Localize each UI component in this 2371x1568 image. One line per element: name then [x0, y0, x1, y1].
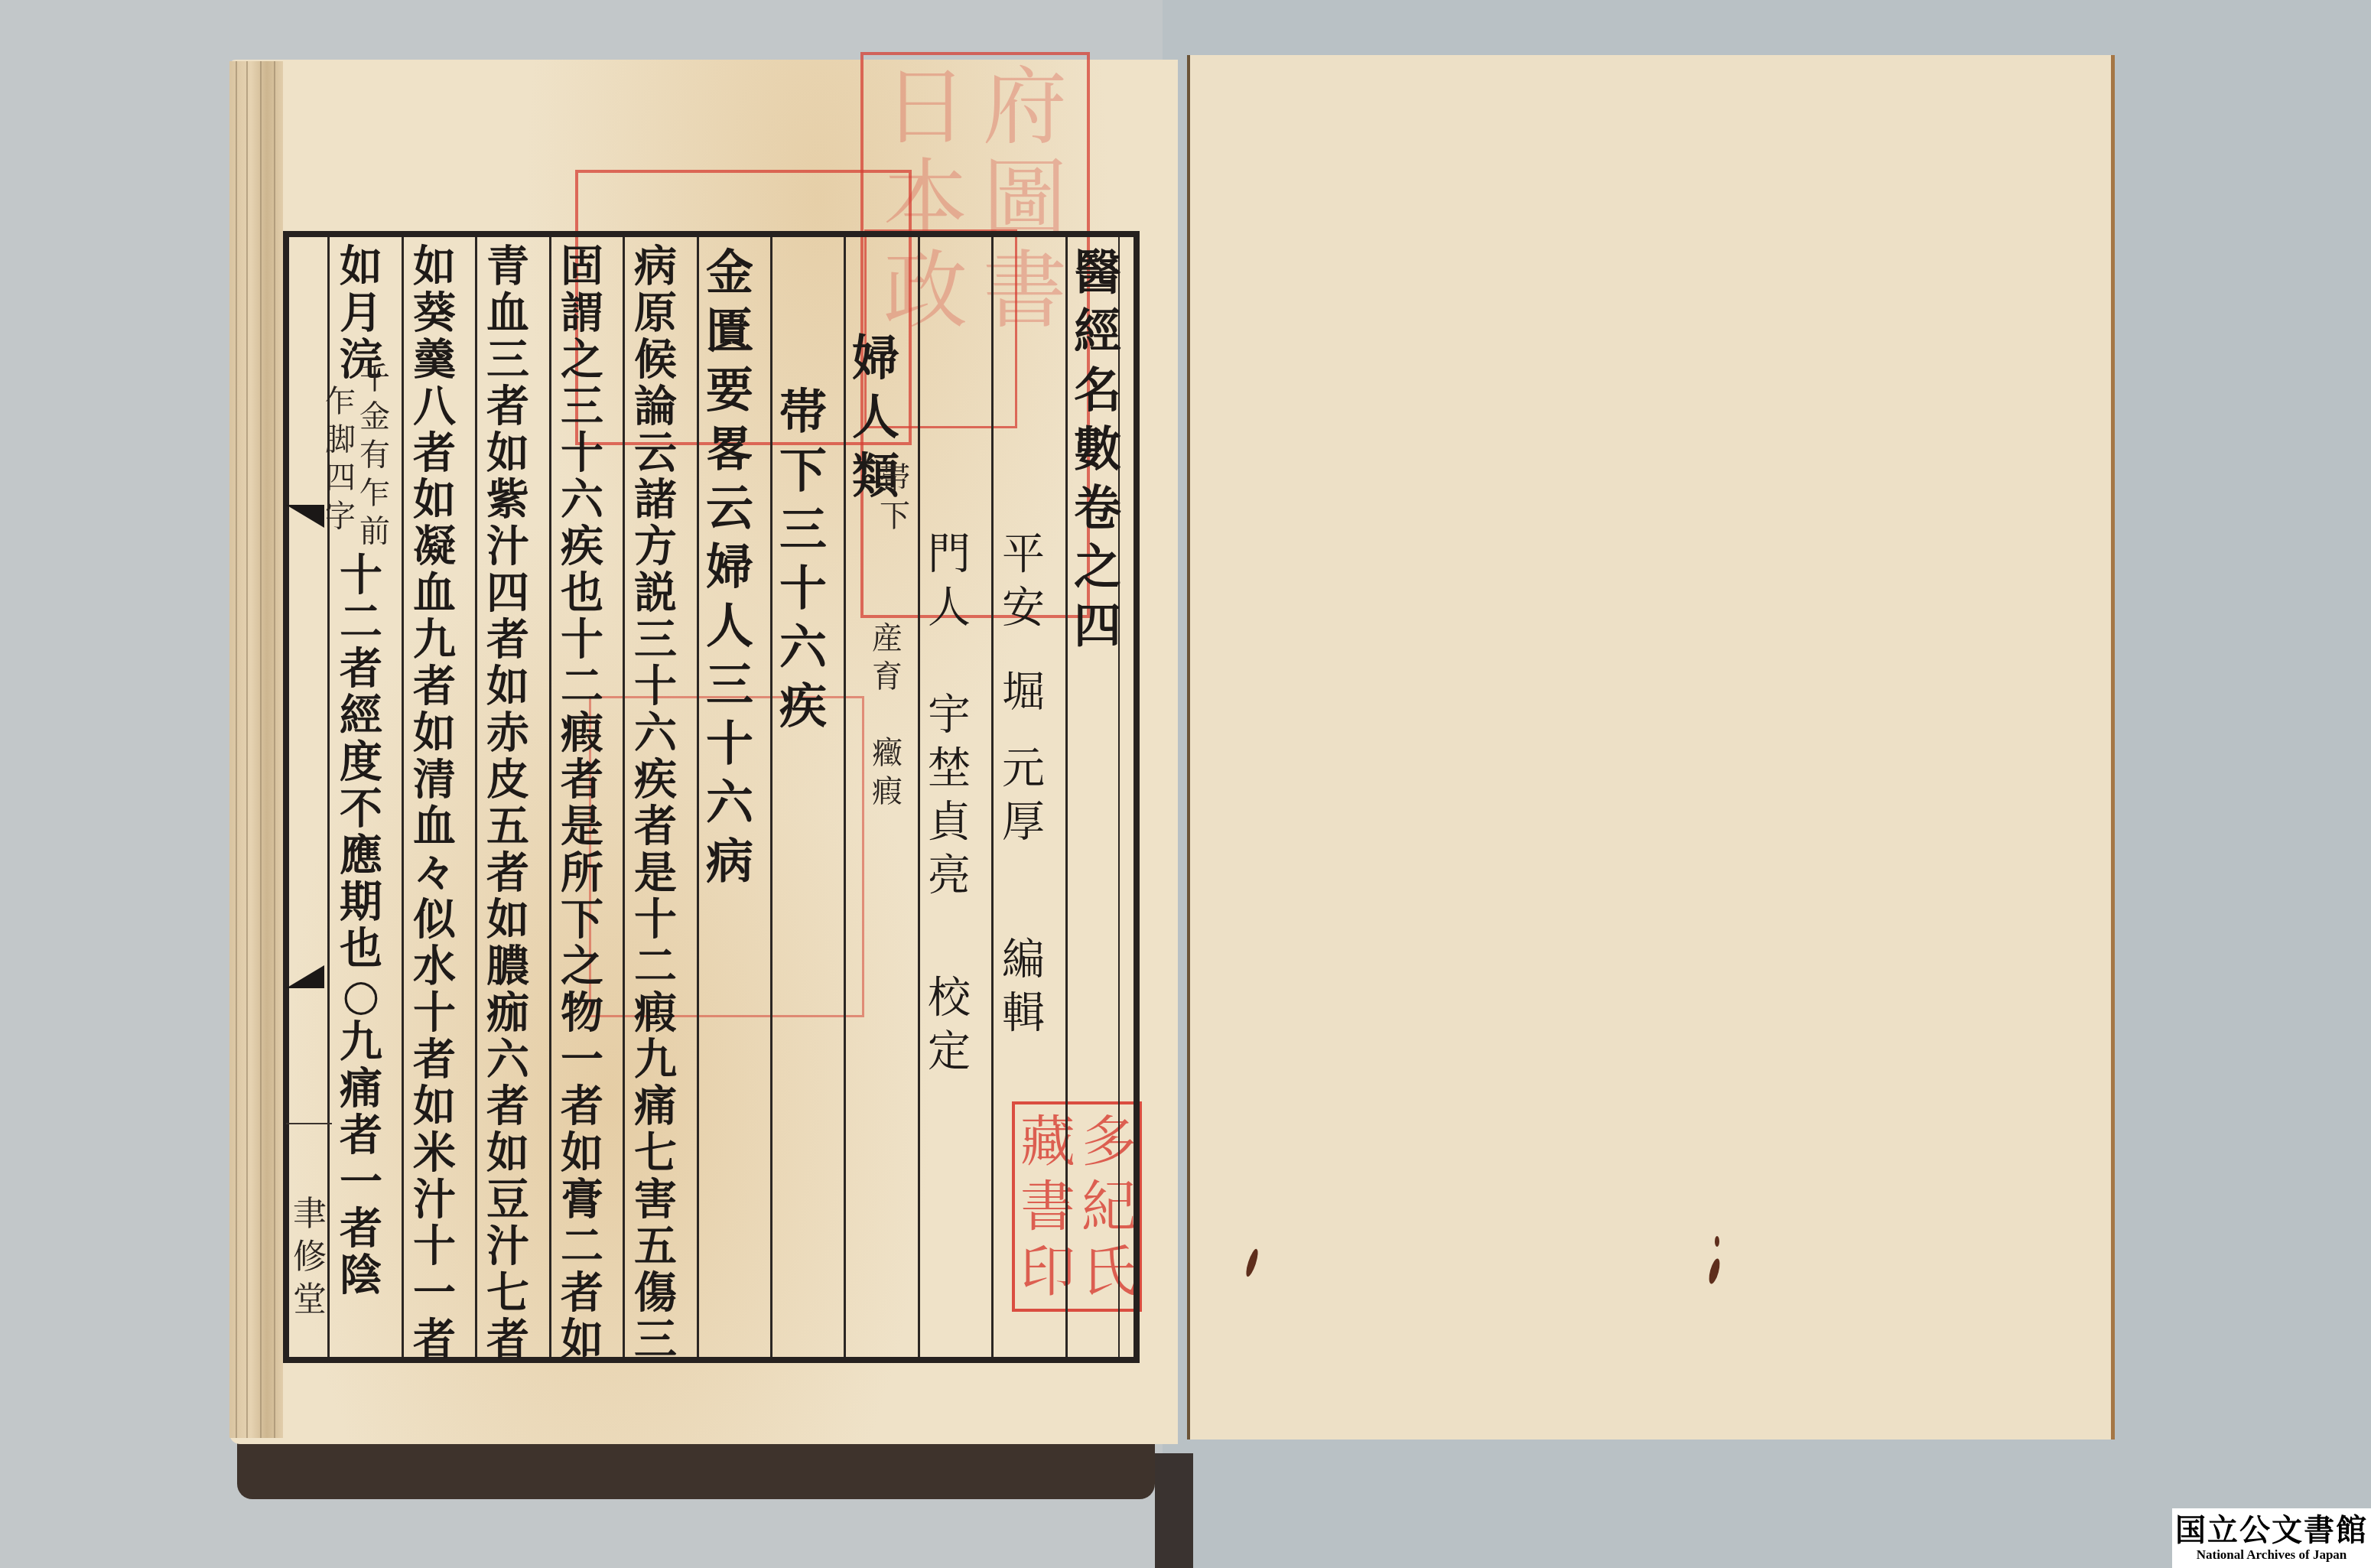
gutter-shadow	[1155, 1453, 1193, 1568]
right-page-blank	[1189, 55, 2115, 1440]
body-column-2: 金匱要畧云婦人三十六病	[695, 243, 764, 891]
archive-watermark: 国立公文書館 National Archives of Japan	[2172, 1508, 2371, 1568]
body-column-1: 帯下三十六疾	[769, 382, 837, 736]
annotation-right: 千金有乍前	[359, 359, 390, 551]
category-notes: 産育 癥瘕	[864, 620, 910, 811]
author-proofreader-column: 門人 宇埜貞亮 校定	[915, 528, 984, 1078]
page-fore-edge	[229, 61, 283, 1438]
body-column-4: 固謂之三十六疾也十二瘕者是所下之物一者如膏二者如	[548, 243, 616, 1363]
category-sub: 帯下	[880, 459, 910, 535]
body-column-3: 病原候論云諸方説三十六疾者是十二瘕九痛七害五傷三	[621, 243, 690, 1363]
fishtail-mark-lower	[286, 965, 324, 988]
fishtail-mark-upper	[286, 505, 324, 528]
body-column-7-bottom: 十二者經度不應期也○九痛者一者陰	[327, 552, 395, 1299]
body-column-5: 青血三者如紫汁四者如赤皮五者如膿痂六者如豆汁七者	[473, 243, 542, 1363]
book-shadow	[237, 1438, 1155, 1499]
title-column: 醫經名數卷之四	[1063, 243, 1132, 656]
book-gutter	[1187, 55, 1190, 1440]
watermark-title-jp: 国立公文書館	[2175, 1514, 2368, 1547]
publisher-name: 聿 修 堂	[291, 1193, 329, 1322]
paper-stain	[1715, 1236, 1719, 1247]
watermark-title-en: National Archives of Japan	[2197, 1547, 2347, 1563]
annotation-left: 乍脚四字	[325, 382, 356, 535]
body-column-6: 如葵羹八者如凝血九者如清血々似水十者如米汁十一者	[400, 243, 469, 1363]
author-editor-column: 平安 堀 元厚 編輯	[989, 528, 1058, 1040]
